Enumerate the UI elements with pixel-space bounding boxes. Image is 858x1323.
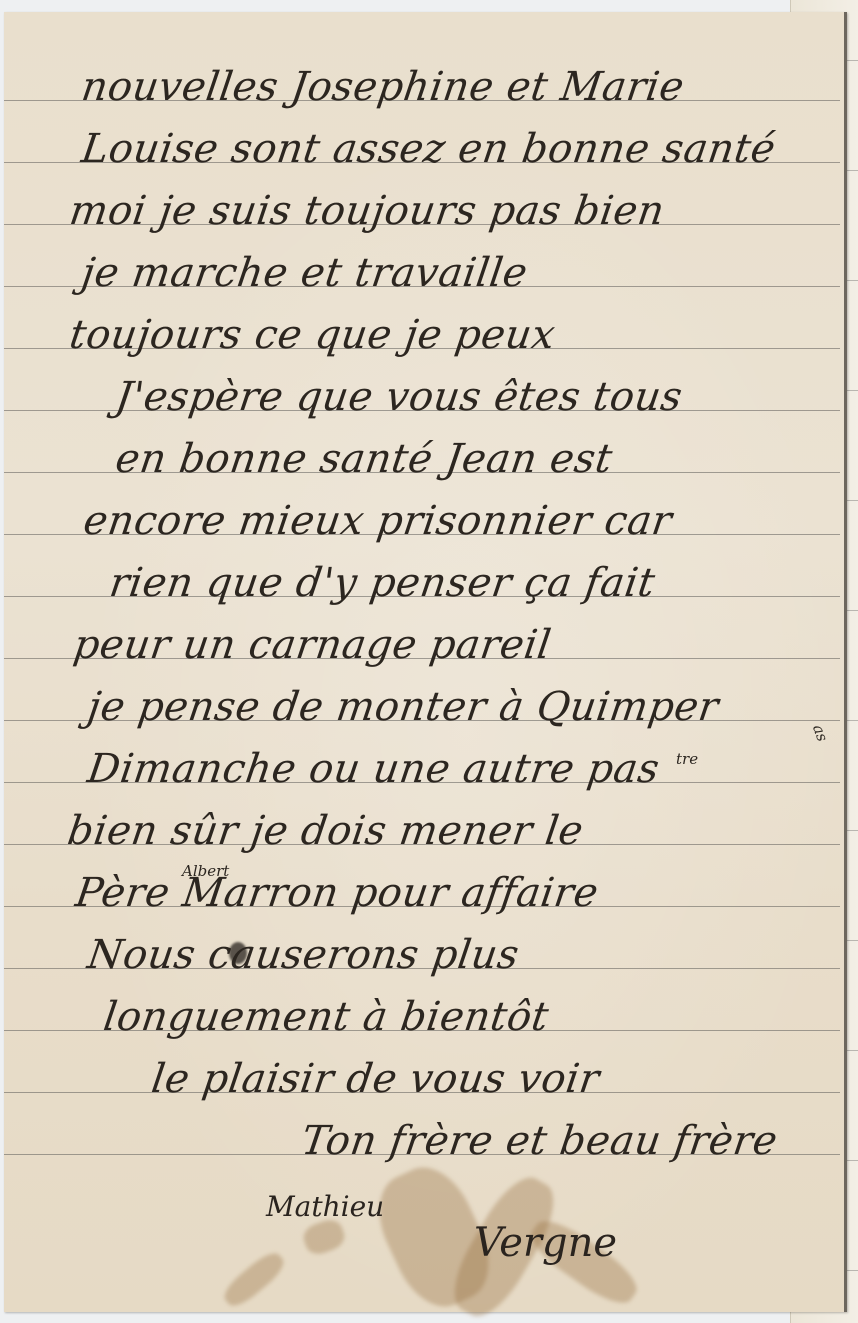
letter-page: nouvelles Josephine et Marie Louise sont…: [4, 12, 847, 1312]
annotation-above-marron: Albert: [182, 862, 229, 880]
letter-line: longuement à bientôt: [101, 994, 552, 1040]
letter-line: le plaisir de vous voir: [149, 1056, 603, 1102]
letter-line: nouvelles Josephine et Marie: [79, 64, 687, 110]
letter-line: rien que d'y penser ça fait: [107, 560, 658, 606]
letter-line: Père Marron pour affaire: [73, 870, 602, 916]
letter-line: Ton frère et beau frère: [299, 1118, 781, 1164]
annotation-margin: as: [809, 722, 832, 744]
letter-line: en bonne santé Jean est: [113, 436, 616, 482]
letter-line: je pense de monter à Quimper: [85, 684, 722, 730]
letter-line: Louise sont assez en bonne santé: [79, 126, 779, 172]
letter-line: peur un carnage pareil: [71, 622, 554, 668]
letter-line: Dimanche ou une autre pas: [85, 746, 663, 792]
signature-prefix: Mathieu: [266, 1190, 384, 1223]
letter-line: bien sûr je dois mener le: [65, 808, 586, 854]
letter-line: Nous causerons plus: [85, 932, 522, 978]
letter-line: moi je suis toujours pas bien: [67, 188, 668, 234]
letter-line: encore mieux prisonnier car: [81, 498, 675, 544]
water-stain: [219, 1247, 289, 1311]
letter-line: toujours ce que je peux: [67, 312, 558, 358]
letter-line: je marche et travaille: [79, 250, 531, 296]
annotation-above-pas: tre: [676, 750, 698, 768]
letter-line: J'espère que vous êtes tous: [113, 374, 686, 420]
signature-name: Vergne: [474, 1220, 617, 1266]
